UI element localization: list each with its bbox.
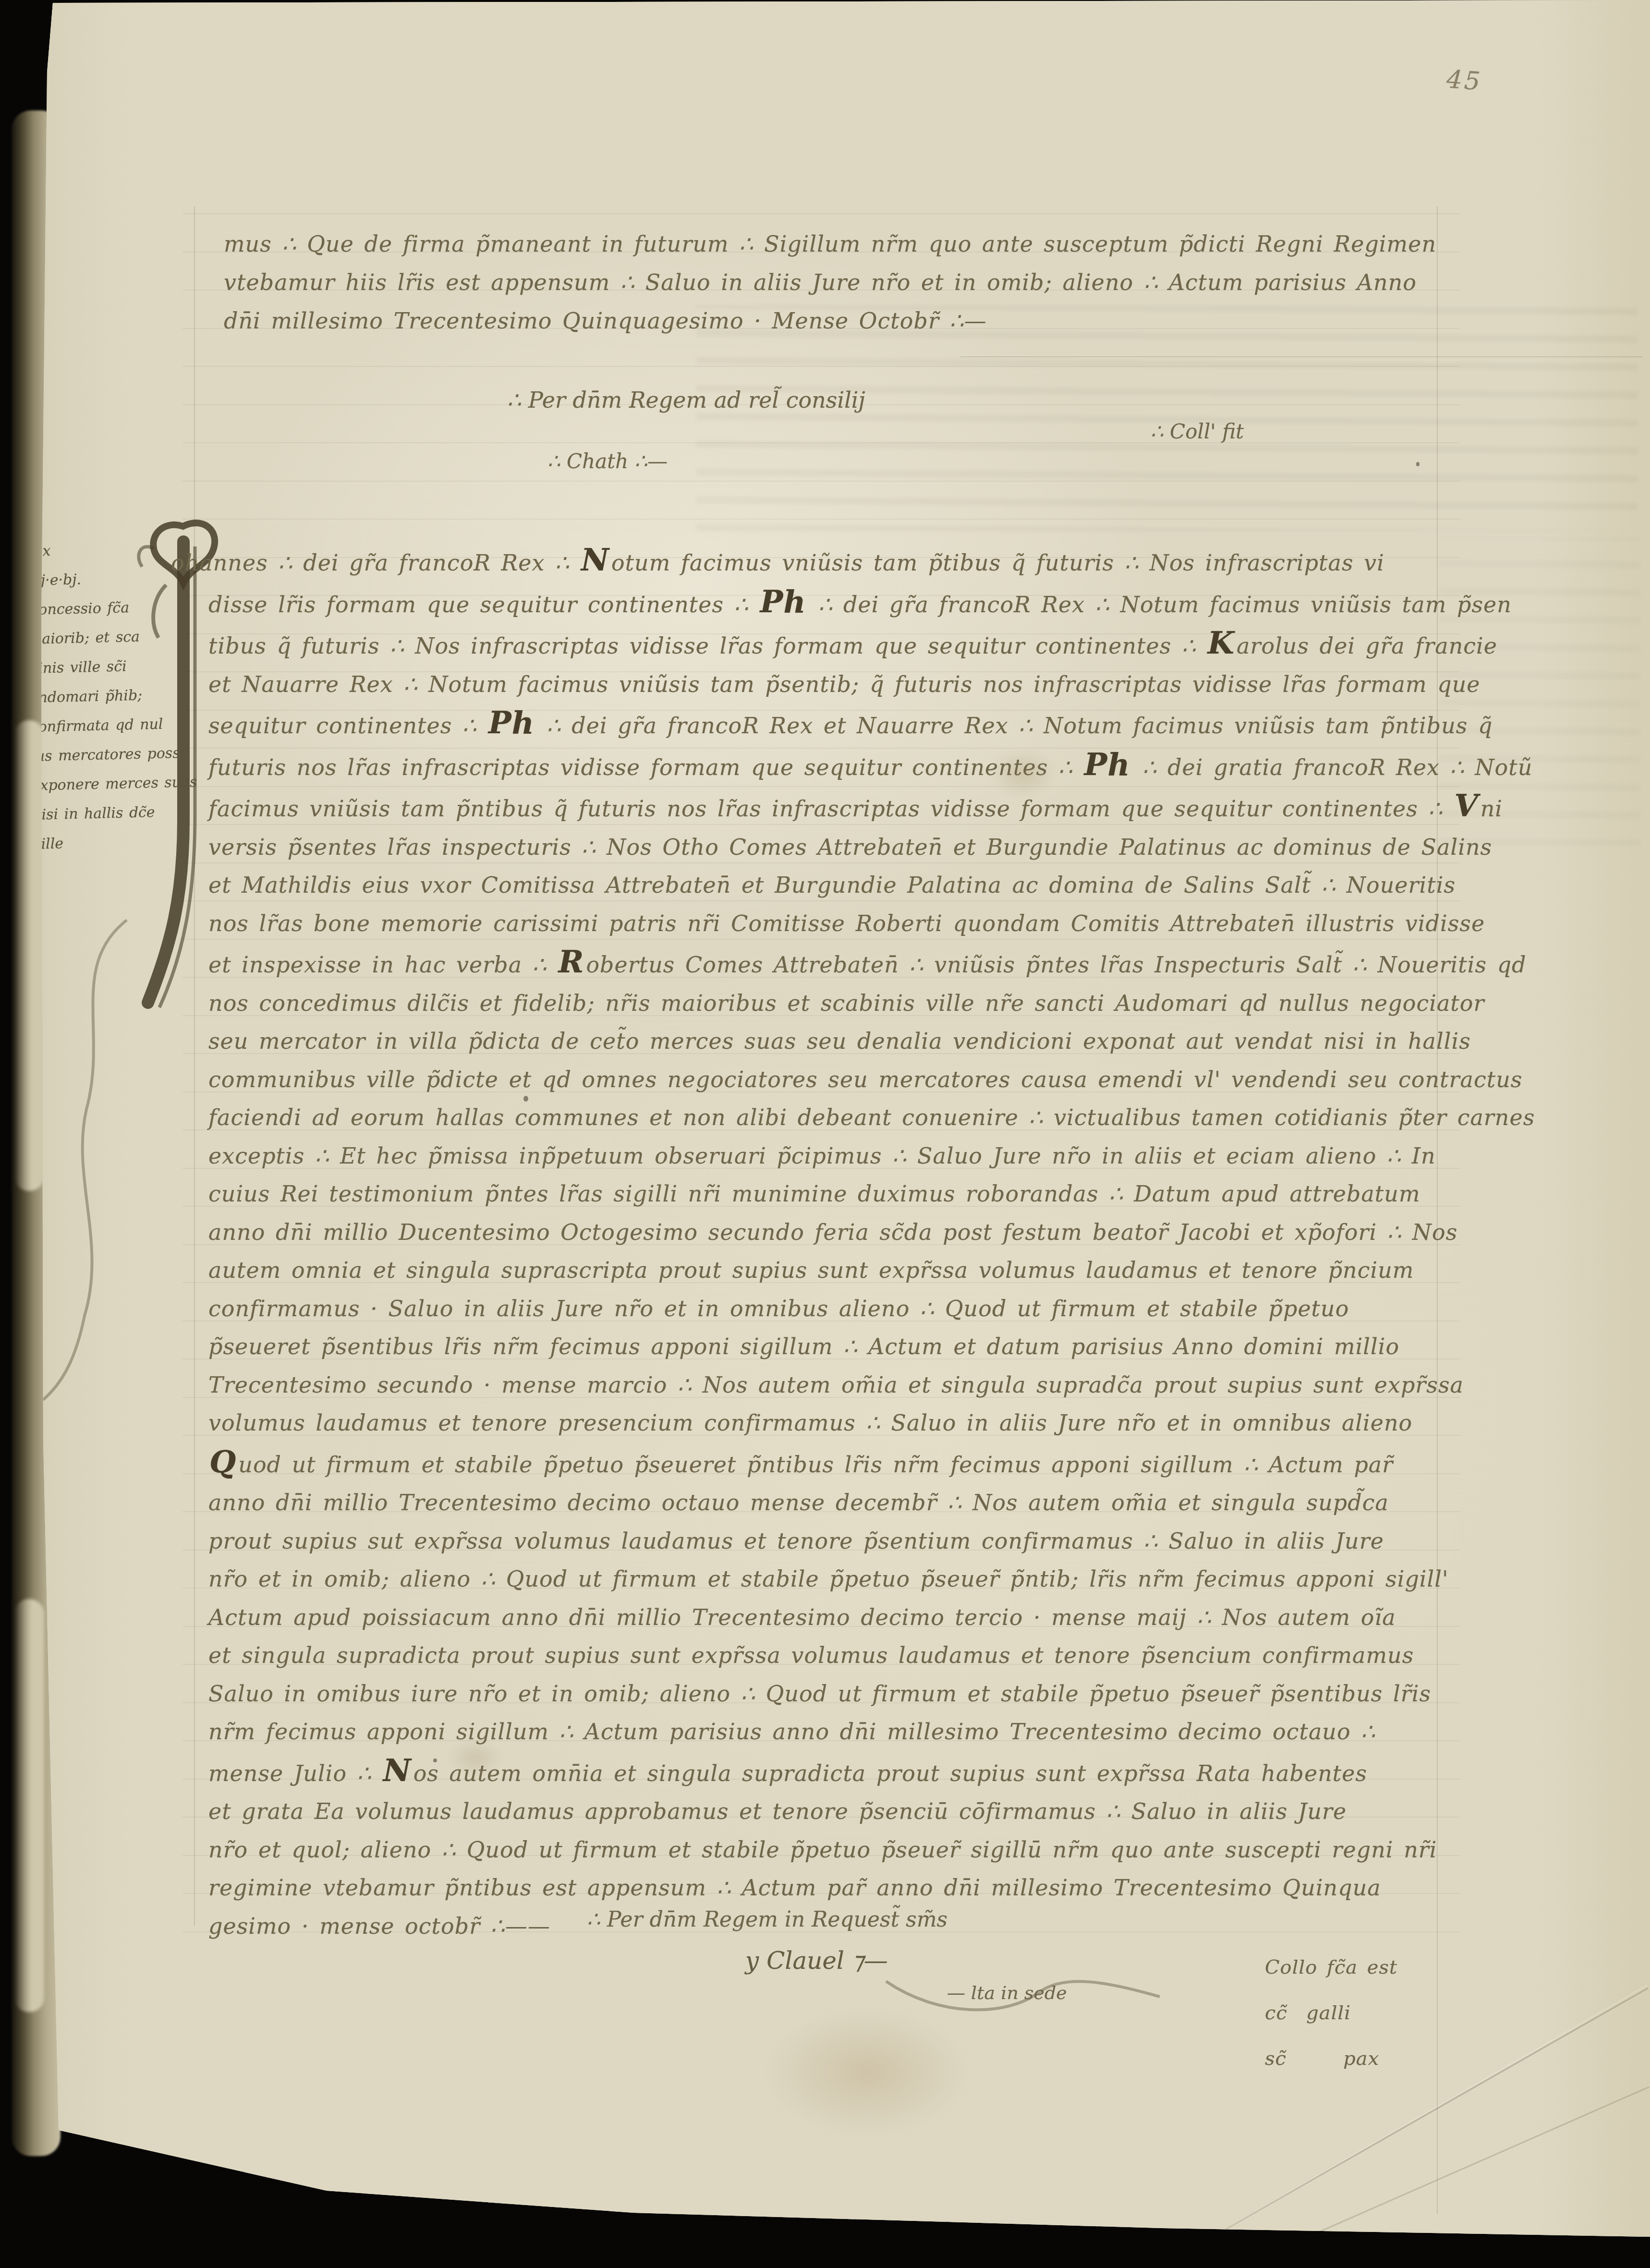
parchment-page: 45 mus ∴ Que de firma p̃maneant in futur… [0,0,1650,2268]
page-edge-curl [14,1599,44,2012]
page-edge-curl [14,720,44,1191]
parchment-creases [0,0,1650,2268]
manuscript-photo: 45 mus ∴ Que de firma p̃maneant in futur… [0,0,1650,2268]
